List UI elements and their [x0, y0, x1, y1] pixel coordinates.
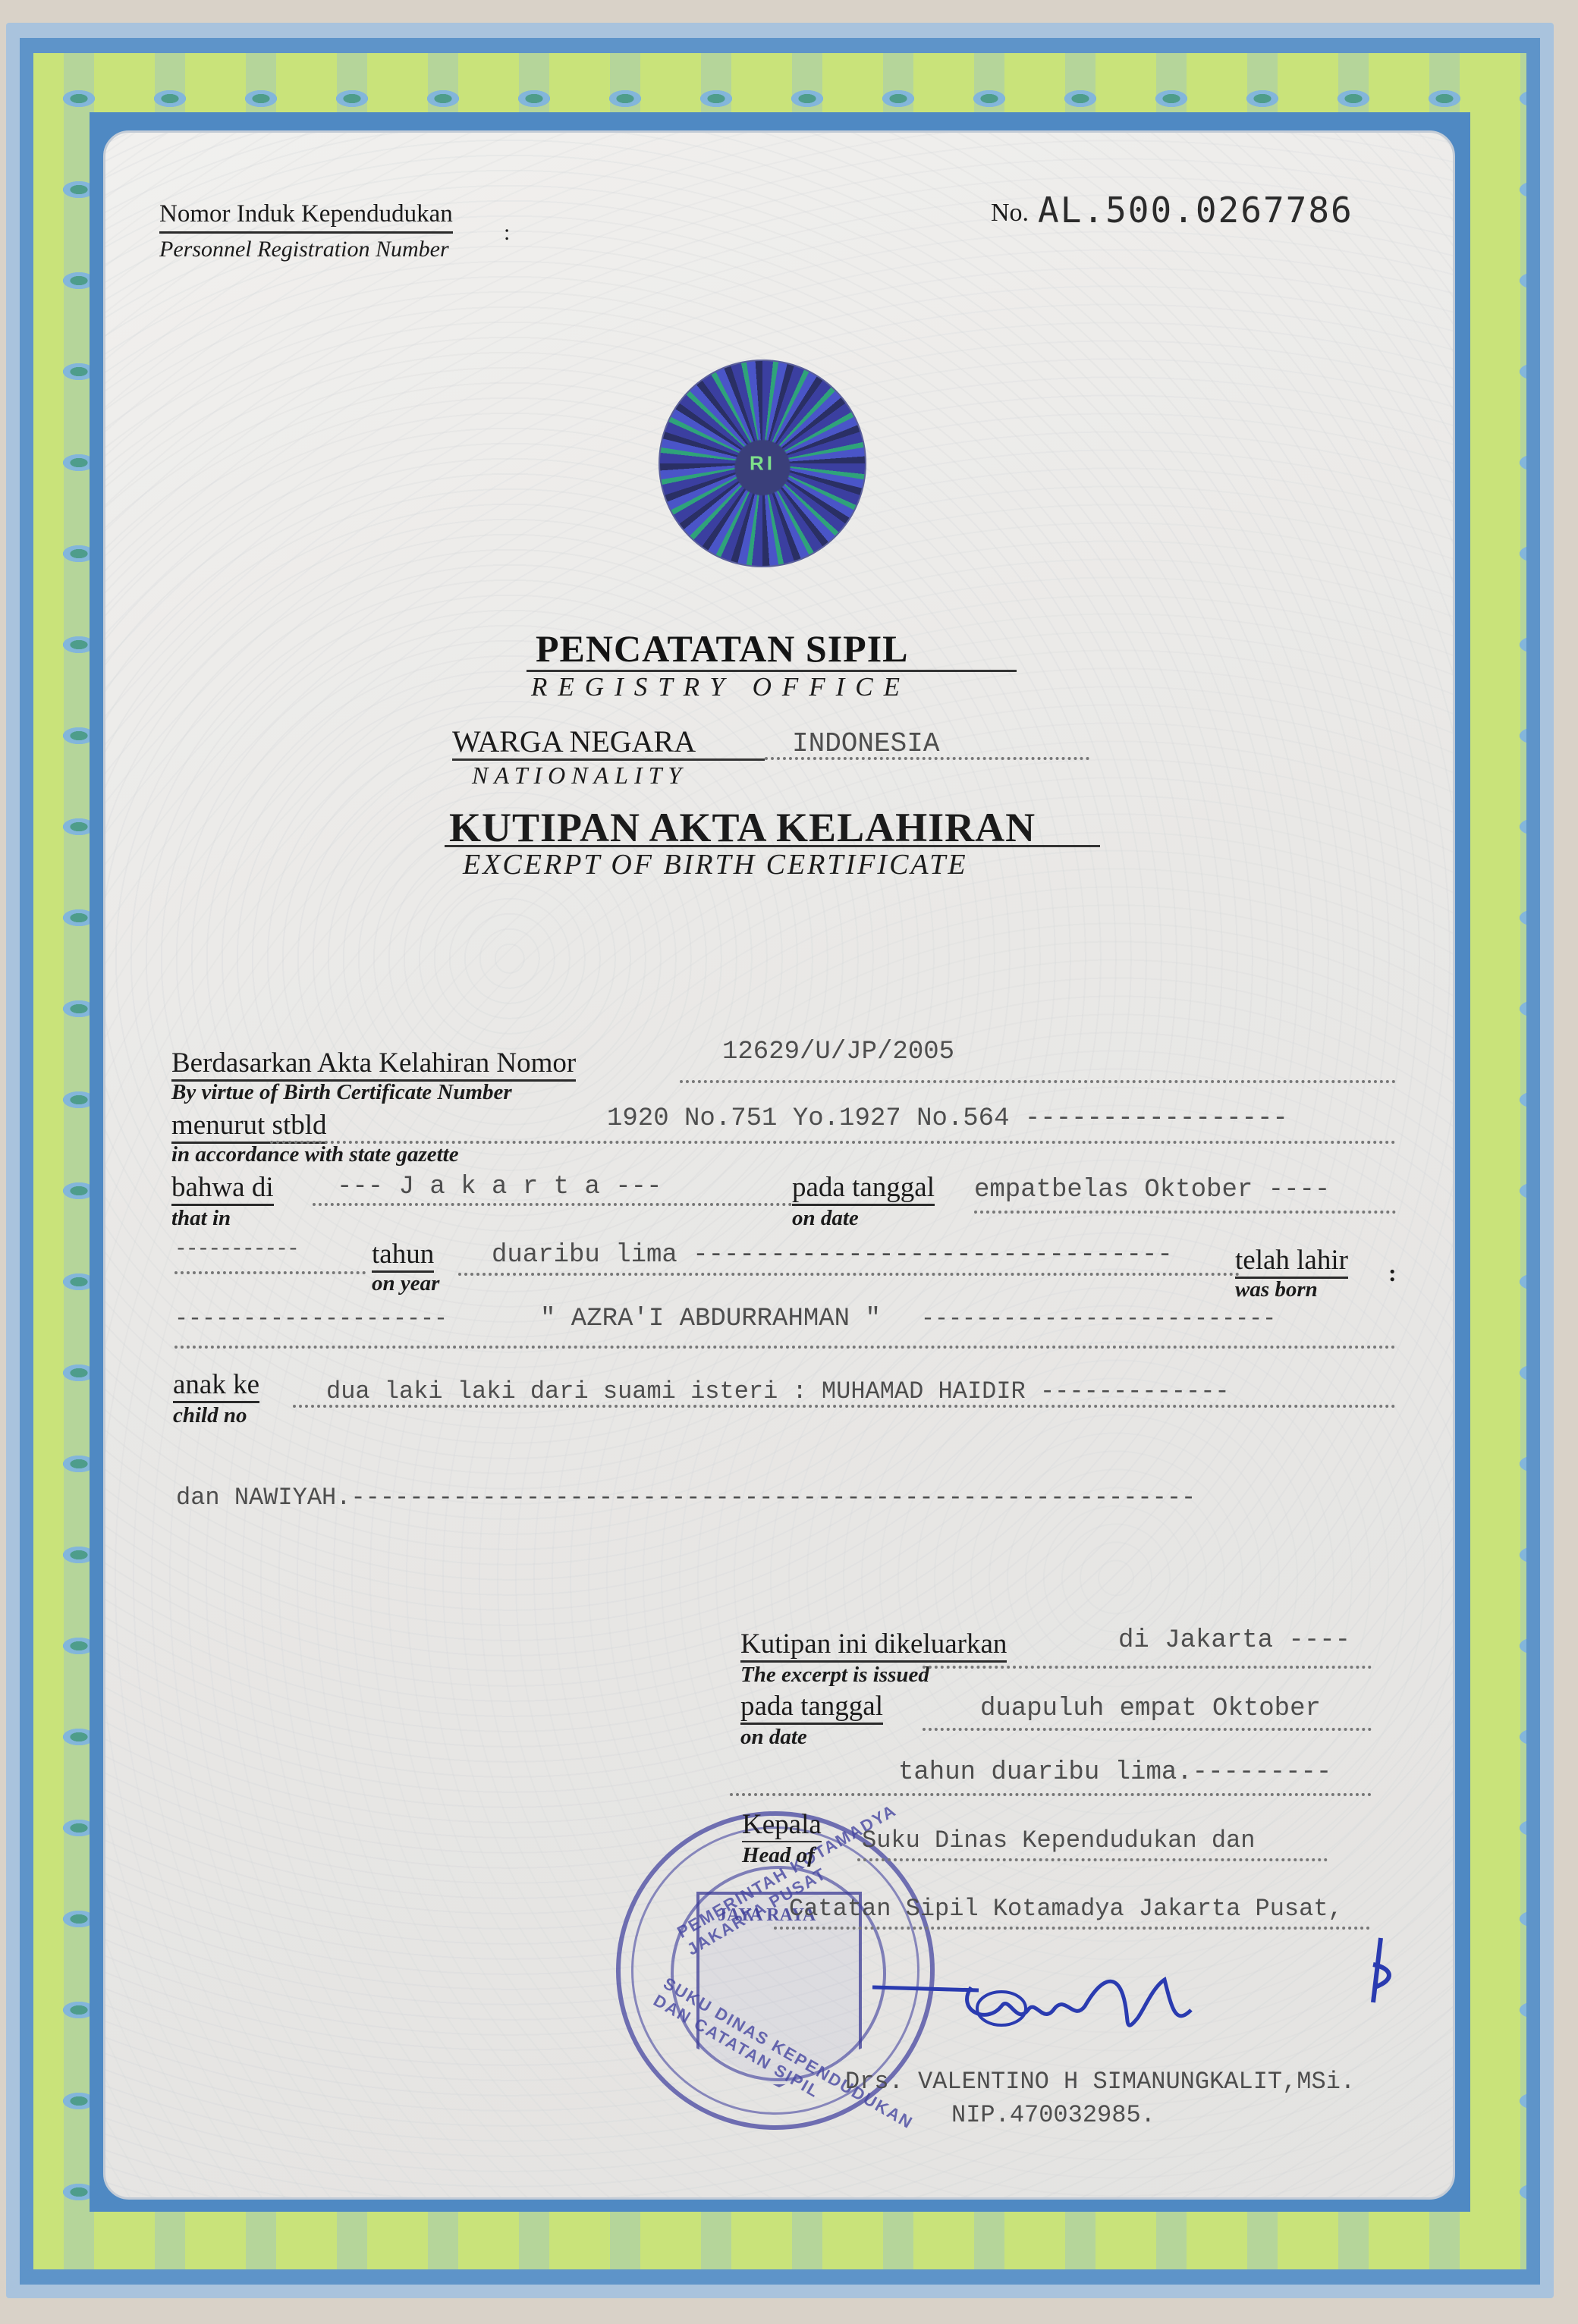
date-label-en: on date — [792, 1206, 859, 1231]
issued-date-label-en: on date — [740, 1725, 807, 1750]
cert-number-value: 12629/U/JP/2005 — [722, 1038, 954, 1066]
place-label-en: that in — [171, 1206, 231, 1231]
document-title: KUTIPAN AKTA KELAHIRAN — [449, 804, 1036, 851]
nationality-label: WARGA NEGARA — [452, 724, 696, 759]
year-leading-dotline — [174, 1271, 366, 1274]
stbld-label: menurut stbld — [171, 1109, 327, 1144]
year-leading-dashes: ----------- — [174, 1238, 298, 1261]
initial-mark-icon — [1358, 1934, 1404, 2010]
nik-label: Nomor Induk Kependudukan — [159, 200, 453, 234]
office-title-en: REGISTRY OFFICE — [531, 672, 910, 702]
place-label: bahwa di — [171, 1171, 274, 1206]
head-label: Kepala — [742, 1808, 822, 1842]
office-line-1-dotline — [857, 1858, 1328, 1861]
hologram-text: RI — [750, 452, 775, 476]
date-dotline — [974, 1211, 1396, 1214]
child-name: " AZRA'I ABDURRAHMAN " — [540, 1305, 881, 1333]
child-no-label-en: child no — [173, 1403, 247, 1428]
issued-place-label: Kutipan ini dikeluarkan — [740, 1628, 1007, 1663]
nationality-label-en: NATIONALITY — [472, 762, 687, 790]
date-value: empatbelas Oktober ---- — [974, 1176, 1330, 1204]
nationality-dotline — [765, 757, 1089, 760]
office-line-2-dotline — [774, 1927, 1370, 1930]
place-value: --- J a k a r t a --- — [337, 1173, 662, 1201]
year-value: duaribu lima ---------------------------… — [492, 1241, 1173, 1270]
child-no-dotline — [293, 1405, 1396, 1408]
born-label-en: was born — [1235, 1277, 1318, 1302]
issued-place-value: di Jakarta ---- — [1118, 1626, 1350, 1655]
hologram-seal-icon: RI — [659, 360, 866, 567]
born-label: telah lahir — [1235, 1244, 1348, 1279]
stbld-label-en: in accordance with state gazette — [171, 1142, 459, 1167]
issued-date-value: duapuluh empat Oktober — [980, 1694, 1321, 1723]
issued-place-label-en: The excerpt is issued — [740, 1663, 929, 1688]
signatory-name: Drs. VALENTINO H SIMANUNGKALIT,MSi. — [845, 2068, 1355, 2096]
head-label-en: Head of — [742, 1843, 815, 1868]
child-name-leading-dashes: -------------------- — [174, 1306, 448, 1332]
child-name-trailing-dashes: -------------------------- — [921, 1306, 1276, 1332]
born-colon: : — [1388, 1259, 1397, 1287]
signatory-nip: NIP.470032985. — [951, 2101, 1155, 2129]
place-dotline — [313, 1203, 792, 1206]
nationality-value: INDONESIA — [792, 728, 939, 759]
stbld-dotline — [270, 1141, 1396, 1144]
serial-prefix: No. — [991, 199, 1029, 228]
signature-icon — [872, 1964, 1206, 2055]
serial-number: AL.500.0267786 — [1038, 190, 1353, 231]
issued-date-dotline — [923, 1728, 1372, 1731]
issued-year-value: tahun duaribu lima.--------- — [898, 1758, 1331, 1787]
mother-value: dan NAWIYAH.----------------------------… — [176, 1484, 1196, 1512]
nik-colon: : — [504, 220, 510, 246]
cert-number-label: Berdasarkan Akta Kelahiran Nomor — [171, 1047, 576, 1082]
cert-number-label-en: By virtue of Birth Certificate Number — [171, 1080, 512, 1105]
issued-date-label: pada tanggal — [740, 1690, 883, 1725]
child-no-label: anak ke — [173, 1368, 259, 1403]
date-label: pada tanggal — [792, 1171, 935, 1206]
document-title-en: EXCERPT OF BIRTH CERTIFICATE — [463, 848, 968, 881]
office-line-2: Catatan Sipil Kotamadya Jakarta Pusat, — [789, 1895, 1343, 1923]
office-title: PENCATATAN SIPIL — [536, 627, 909, 671]
year-dotline — [458, 1273, 1240, 1276]
year-label: tahun — [372, 1238, 434, 1273]
issued-place-dotline — [923, 1666, 1372, 1669]
nik-label-en: Personnel Registration Number — [159, 237, 449, 262]
child-no-value: dua laki laki dari suami isteri : MUHAMA… — [326, 1377, 1230, 1405]
document-title-rule — [445, 845, 1100, 847]
nationality-rule — [452, 758, 765, 761]
cert-number-dotline — [680, 1080, 1396, 1083]
office-line-1: Suku Dinas Kependudukan dan — [862, 1826, 1255, 1854]
stbld-value: 1920 No.751 Yo.1927 No.564 -------------… — [607, 1104, 1288, 1133]
child-name-dotline — [174, 1346, 1396, 1349]
issued-year-dotline — [730, 1793, 1372, 1796]
year-label-en: on year — [372, 1271, 439, 1296]
